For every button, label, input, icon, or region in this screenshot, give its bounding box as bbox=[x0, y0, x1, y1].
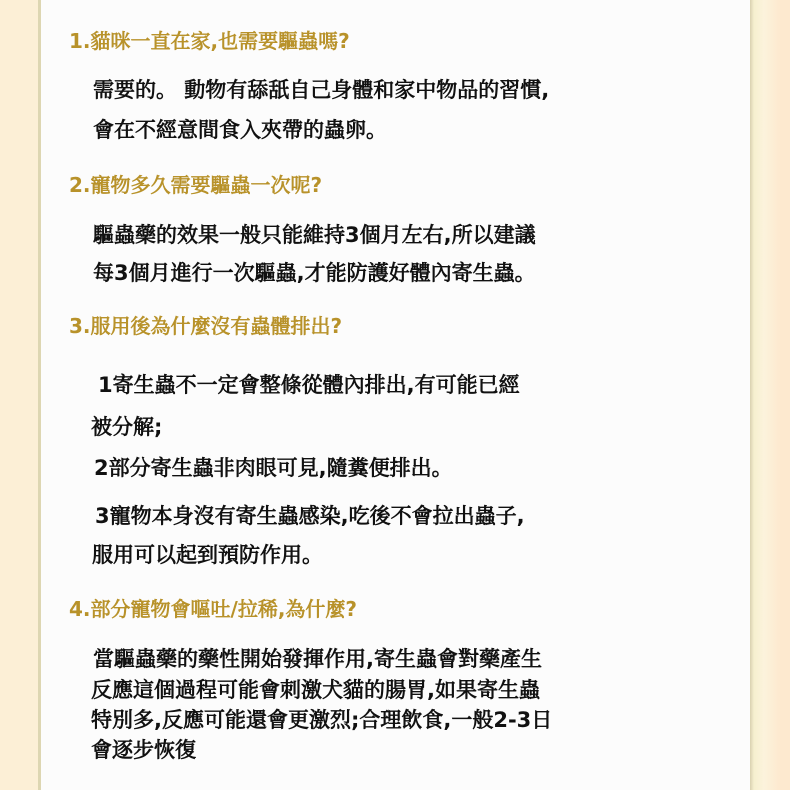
faq-answer-4-line-3: 特別多,反應可能還會更激烈;合理飲食,一般2-3日 bbox=[91, 707, 552, 733]
faq-answer-2-line-1: 驅蟲藥的效果一般只能維持3個月左右,所以建議 bbox=[93, 222, 536, 248]
background-left-border bbox=[0, 0, 38, 790]
faq-answer-1-line-1: 需要的。 動物有舔舐自己身體和家中物品的習慣, bbox=[93, 77, 549, 103]
faq-answer-3-line-1: 1寄生蟲不一定會整條從體內排出,有可能已經 bbox=[98, 372, 520, 398]
faq-answer-3-line-2: 被分解; bbox=[91, 414, 162, 440]
faq-answer-1-line-2: 會在不經意間食入夾帶的蟲卵。 bbox=[93, 117, 387, 143]
faq-question-3: 3.服用後為什麼沒有蟲體排出? bbox=[69, 313, 342, 339]
faq-card: 1.貓咪一直在家,也需要驅蟲嗎? 需要的。 動物有舔舐自己身體和家中物品的習慣,… bbox=[38, 0, 750, 790]
background-right-border bbox=[750, 0, 790, 790]
faq-question-2: 2.寵物多久需要驅蟲一次呢? bbox=[69, 172, 322, 198]
faq-question-1: 1.貓咪一直在家,也需要驅蟲嗎? bbox=[69, 28, 350, 54]
faq-answer-4-line-4: 會逐步恢復 bbox=[91, 737, 196, 763]
faq-answer-4-line-2: 反應這個過程可能會刺激犬貓的腸胃,如果寄生蟲 bbox=[91, 677, 540, 703]
faq-answer-4-line-1: 當驅蟲藥的藥性開始發揮作用,寄生蟲會對藥產生 bbox=[93, 646, 542, 672]
faq-answer-2-line-2: 每3個月進行一次驅蟲,才能防護好體內寄生蟲。 bbox=[93, 260, 536, 286]
faq-answer-3-line-4: 3寵物本身沒有寄生蟲感染,吃後不會拉出蟲子, bbox=[95, 503, 525, 529]
faq-question-4: 4.部分寵物會嘔吐/拉稀,為什麼? bbox=[69, 596, 357, 622]
faq-answer-3-line-5: 服用可以起到預防作用。 bbox=[92, 542, 323, 568]
faq-answer-3-line-3: 2部分寄生蟲非肉眼可見,隨糞便排出。 bbox=[94, 455, 453, 481]
